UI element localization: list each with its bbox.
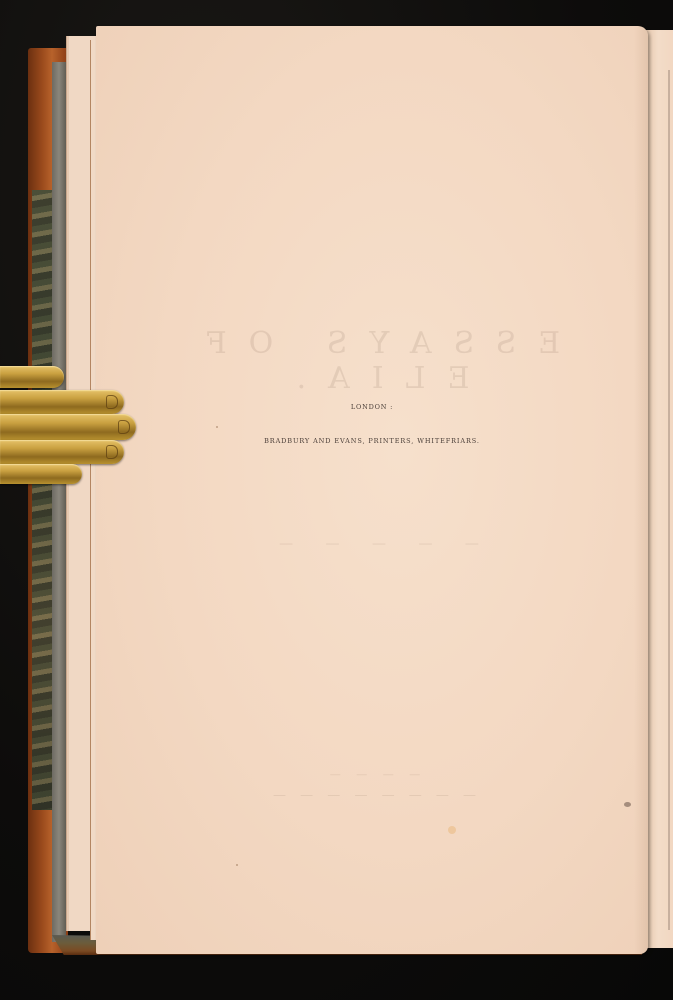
foxing-spot: [624, 802, 631, 807]
imprint-page: ESSAYS OF ELIA. — — — — — — — — — — — — …: [96, 26, 648, 954]
endpaper-edge: [52, 62, 66, 942]
hand-thumb: [0, 366, 64, 388]
facing-page-rule: [668, 70, 670, 930]
show-through-footer-line-2: — — — — — — — —: [96, 788, 648, 803]
brass-hand-clip: [0, 366, 140, 488]
foxing-spot: [216, 426, 218, 428]
hand-finger: [0, 390, 124, 414]
show-through-footer-line-1: — — — —: [96, 768, 648, 781]
imprint-city: LONDON :: [96, 403, 648, 411]
hand-finger: [0, 414, 136, 440]
show-through-title: ESSAYS OF ELIA.: [96, 326, 648, 396]
show-through-subtitle: — — — — —: [96, 536, 648, 552]
imprint-printer: BRADBURY AND EVANS, PRINTERS, WHITEFRIAR…: [96, 437, 648, 445]
foxing-spot: [236, 864, 238, 866]
hand-finger: [0, 440, 124, 464]
foxing-spot: [448, 826, 456, 834]
book-photo: ESSAYS OF ELIA. — — — — — — — — — — — — …: [0, 0, 673, 1000]
hand-finger: [0, 464, 82, 484]
